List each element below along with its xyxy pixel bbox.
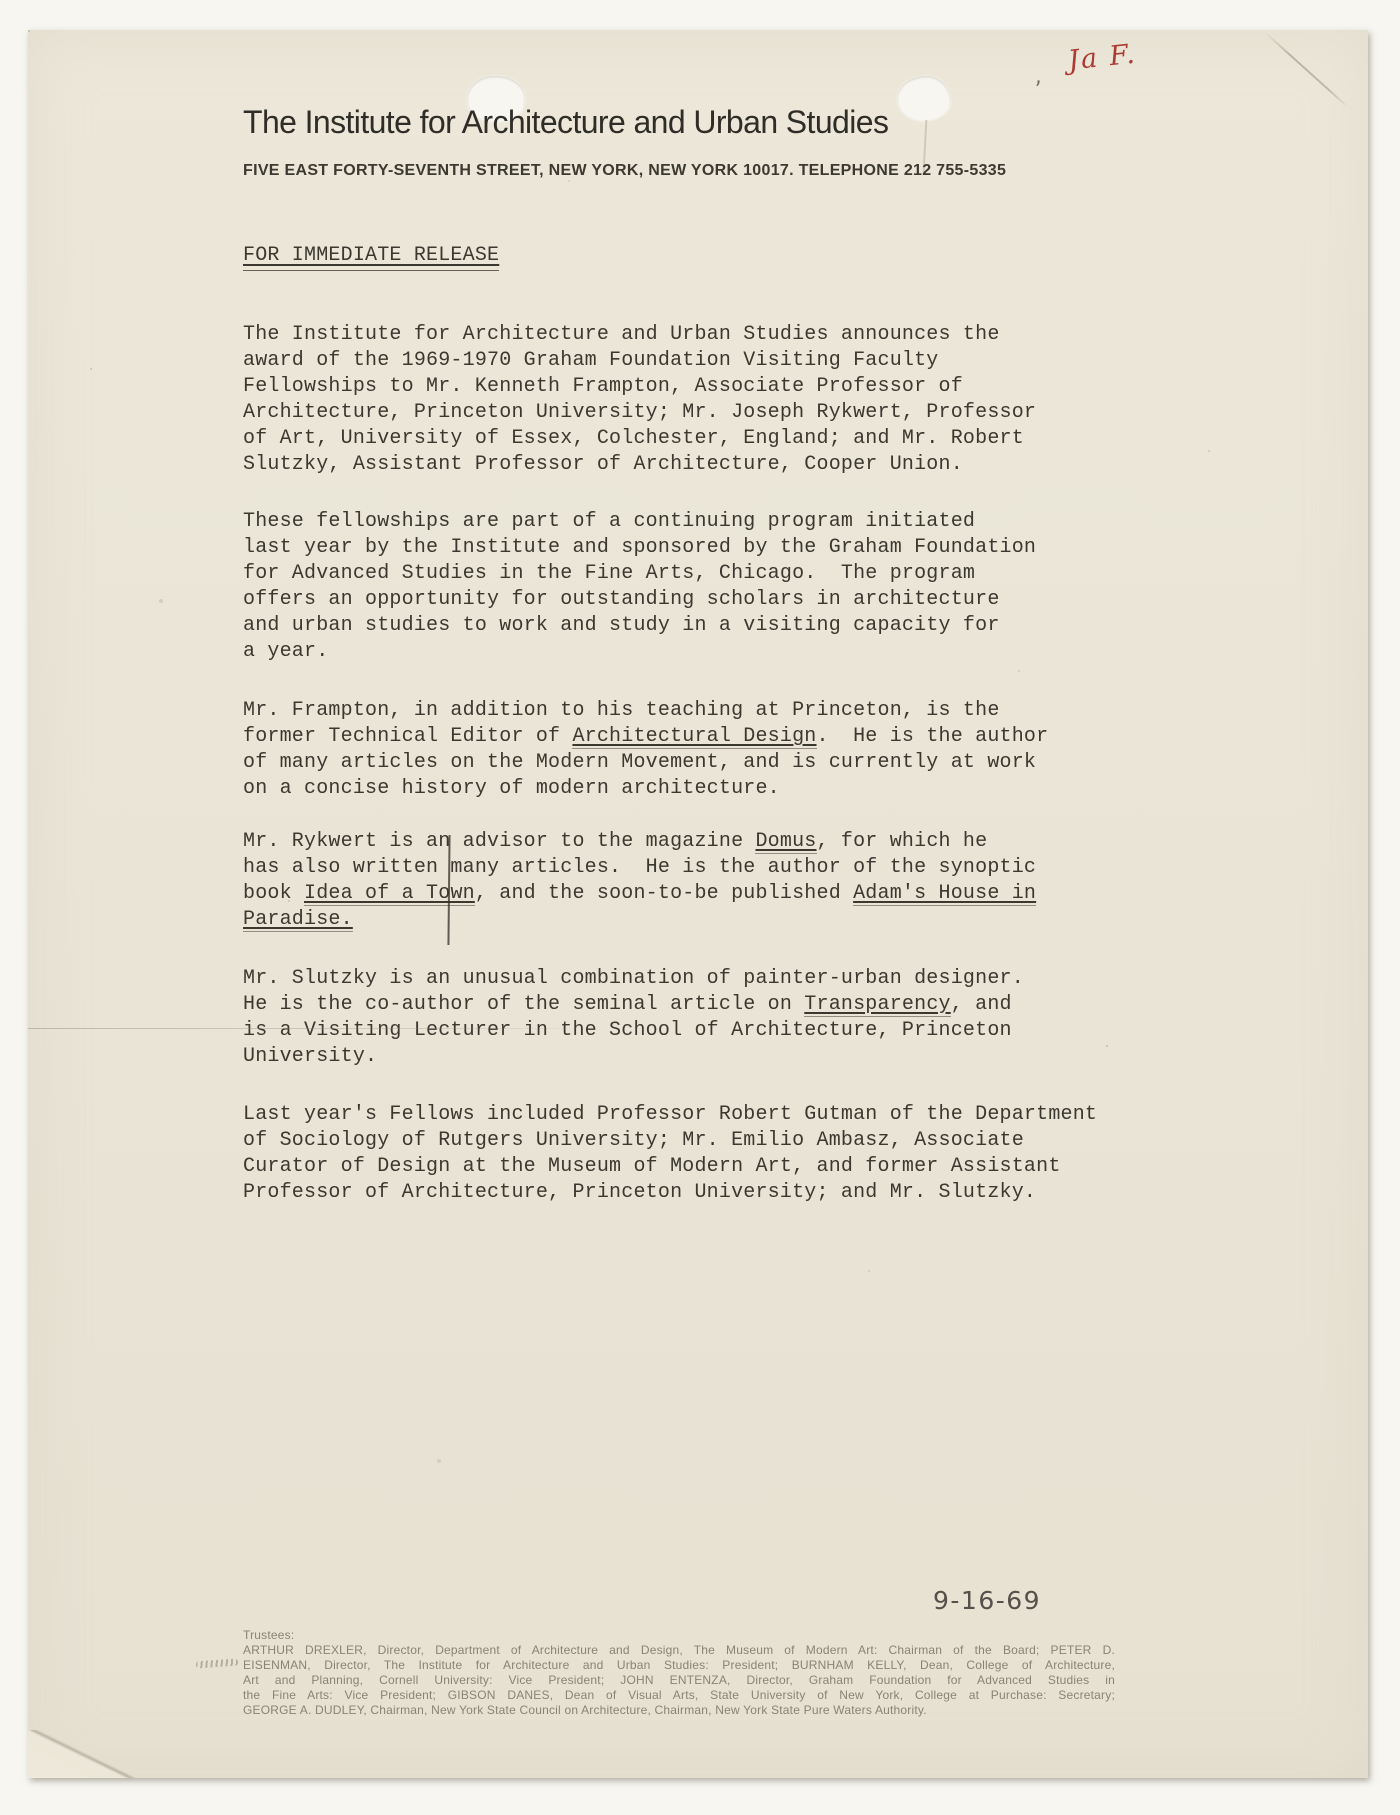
letterhead-title: The Institute for Architecture and Urban… bbox=[243, 104, 888, 141]
corner-crease bbox=[1265, 32, 1349, 108]
trustees-footer: Trustees:ARTHUR DREXLER, Director, Depar… bbox=[243, 1628, 1115, 1718]
red-tick-mark: , bbox=[1032, 64, 1043, 90]
corner-fold bbox=[28, 1730, 140, 1778]
date-stamp: 9-16-69 bbox=[933, 1586, 1041, 1615]
body-text: , and the soon-to-be published bbox=[475, 882, 853, 905]
trustees-line: EISENMAN, Director, The Institute for Ar… bbox=[243, 1658, 1115, 1673]
trustees-line: ARTHUR DREXLER, Director, Department of … bbox=[243, 1643, 1115, 1658]
body-text: Mr. Rykwert is an advisor to the magazin… bbox=[243, 830, 755, 853]
body-paragraph-1: The Institute for Architecture and Urban… bbox=[243, 322, 1163, 478]
trustees-line: Art and Planning, Cornell University: Vi… bbox=[243, 1673, 1115, 1688]
underlined-title: Domus bbox=[755, 830, 816, 854]
underlined-title: Transparency bbox=[804, 993, 950, 1017]
trustees-line: GEORGE A. DUDLEY, Chairman, New York Sta… bbox=[243, 1703, 1115, 1718]
handwritten-note: Ja F. bbox=[1067, 38, 1138, 76]
letterhead-address: FIVE EAST FORTY-SEVENTH STREET, NEW YORK… bbox=[243, 162, 1006, 180]
release-heading-text: FOR IMMEDIATE RELEASE bbox=[243, 244, 499, 271]
body-text: Last year's Fellows included Professor R… bbox=[243, 1103, 1097, 1204]
body-paragraph-5: Mr. Slutzky is an unusual combination of… bbox=[243, 966, 1163, 1070]
body-paragraph-6: Last year's Fellows included Professor R… bbox=[243, 1102, 1163, 1206]
underlined-title: Adam's House in bbox=[853, 882, 1036, 906]
horizontal-crease bbox=[28, 1028, 613, 1029]
underlined-title: Architectural Design bbox=[572, 725, 816, 749]
body-paragraph-4: Mr. Rykwert is an advisor to the magazin… bbox=[243, 829, 1163, 933]
body-text: These fellowships are part of a continui… bbox=[243, 510, 1036, 663]
hole-punch-right bbox=[897, 76, 951, 121]
document-page: , Ja F. The Institute for Architecture a… bbox=[28, 30, 1368, 1778]
pencil-smudge bbox=[196, 1659, 238, 1669]
body-text: The Institute for Architecture and Urban… bbox=[243, 323, 1036, 476]
release-heading: FOR IMMEDIATE RELEASE bbox=[243, 244, 499, 267]
underlined-title: Paradise. bbox=[243, 908, 353, 932]
body-paragraph-2: These fellowships are part of a continui… bbox=[243, 509, 1163, 665]
paper-speckles bbox=[28, 30, 30, 32]
trustees-label: Trustees: bbox=[243, 1628, 1115, 1643]
body-paragraph-3: Mr. Frampton, in addition to his teachin… bbox=[243, 698, 1163, 802]
trustees-line: the Fine Arts: Vice President; GIBSON DA… bbox=[243, 1688, 1115, 1703]
